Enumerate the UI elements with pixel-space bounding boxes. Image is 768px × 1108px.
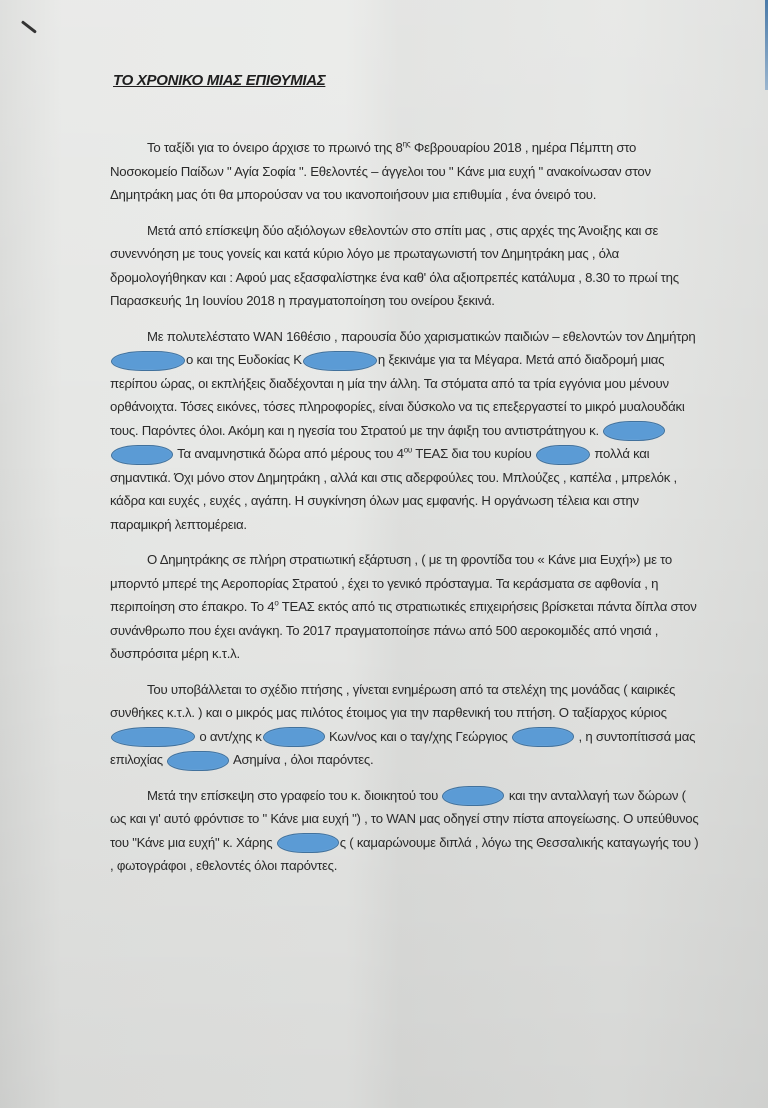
document-title: ΤΟ ΧΡΟΝΙΚΟ ΜΙΑΣ ΕΠΙΘΥΜΙΑΣ	[113, 72, 325, 89]
text-segment: Μετά την επίσκεψη στο γραφείο του κ. διο…	[147, 788, 441, 803]
paragraph-6: Μετά την επίσκεψη στο γραφείο του κ. διο…	[110, 784, 700, 878]
redaction-cloud	[512, 727, 574, 747]
text-segment: ο και της Ευδοκίας Κ	[186, 352, 302, 367]
redaction-cloud	[303, 351, 377, 371]
text-segment: ΤΕΑΣ δια του κυρίου	[412, 446, 535, 461]
text-segment: Κων/νος και ο ταγ/χης Γεώργιος	[326, 729, 511, 744]
text-segment: Το ταξίδι για το όνειρο άρχισε το πρωινό…	[147, 140, 403, 155]
redaction-cloud	[442, 786, 504, 806]
pen-mark	[21, 20, 37, 33]
redaction-cloud	[111, 351, 185, 371]
superscript: ου	[404, 446, 412, 455]
paragraph-5: Του υποβάλλεται το σχέδιο πτήσης , γίνετ…	[110, 678, 700, 772]
paragraph-2: Μετά από επίσκεψη δύο αξιόλογων εθελοντώ…	[110, 219, 700, 313]
redaction-cloud	[603, 421, 665, 441]
paragraph-4: Ο Δημητράκης σε πλήρη στρατιωτική εξάρτυ…	[110, 548, 700, 666]
redaction-cloud	[111, 727, 195, 747]
redaction-cloud	[167, 751, 229, 771]
redaction-cloud	[111, 445, 173, 465]
paragraph-1: Το ταξίδι για το όνειρο άρχισε το πρωινό…	[110, 136, 700, 207]
text-segment: ο αντ/χης κ	[196, 729, 262, 744]
text-segment: Του υποβάλλεται το σχέδιο πτήσης , γίνετ…	[110, 682, 675, 721]
redaction-cloud	[536, 445, 590, 465]
paragraph-3: Με πολυτελέστατο WAN 16θέσιο , παρουσία …	[110, 325, 700, 537]
document-body: Το ταξίδι για το όνειρο άρχισε το πρωινό…	[110, 136, 700, 890]
text-segment: Τα αναμνηστικά δώρα από μέρους του 4	[174, 446, 404, 461]
redaction-cloud	[277, 833, 339, 853]
redaction-cloud	[263, 727, 325, 747]
text-segment: Ασημίνα , όλοι παρόντες.	[230, 752, 373, 767]
text-segment: Με πολυτελέστατο WAN 16θέσιο , παρουσία …	[147, 329, 696, 344]
